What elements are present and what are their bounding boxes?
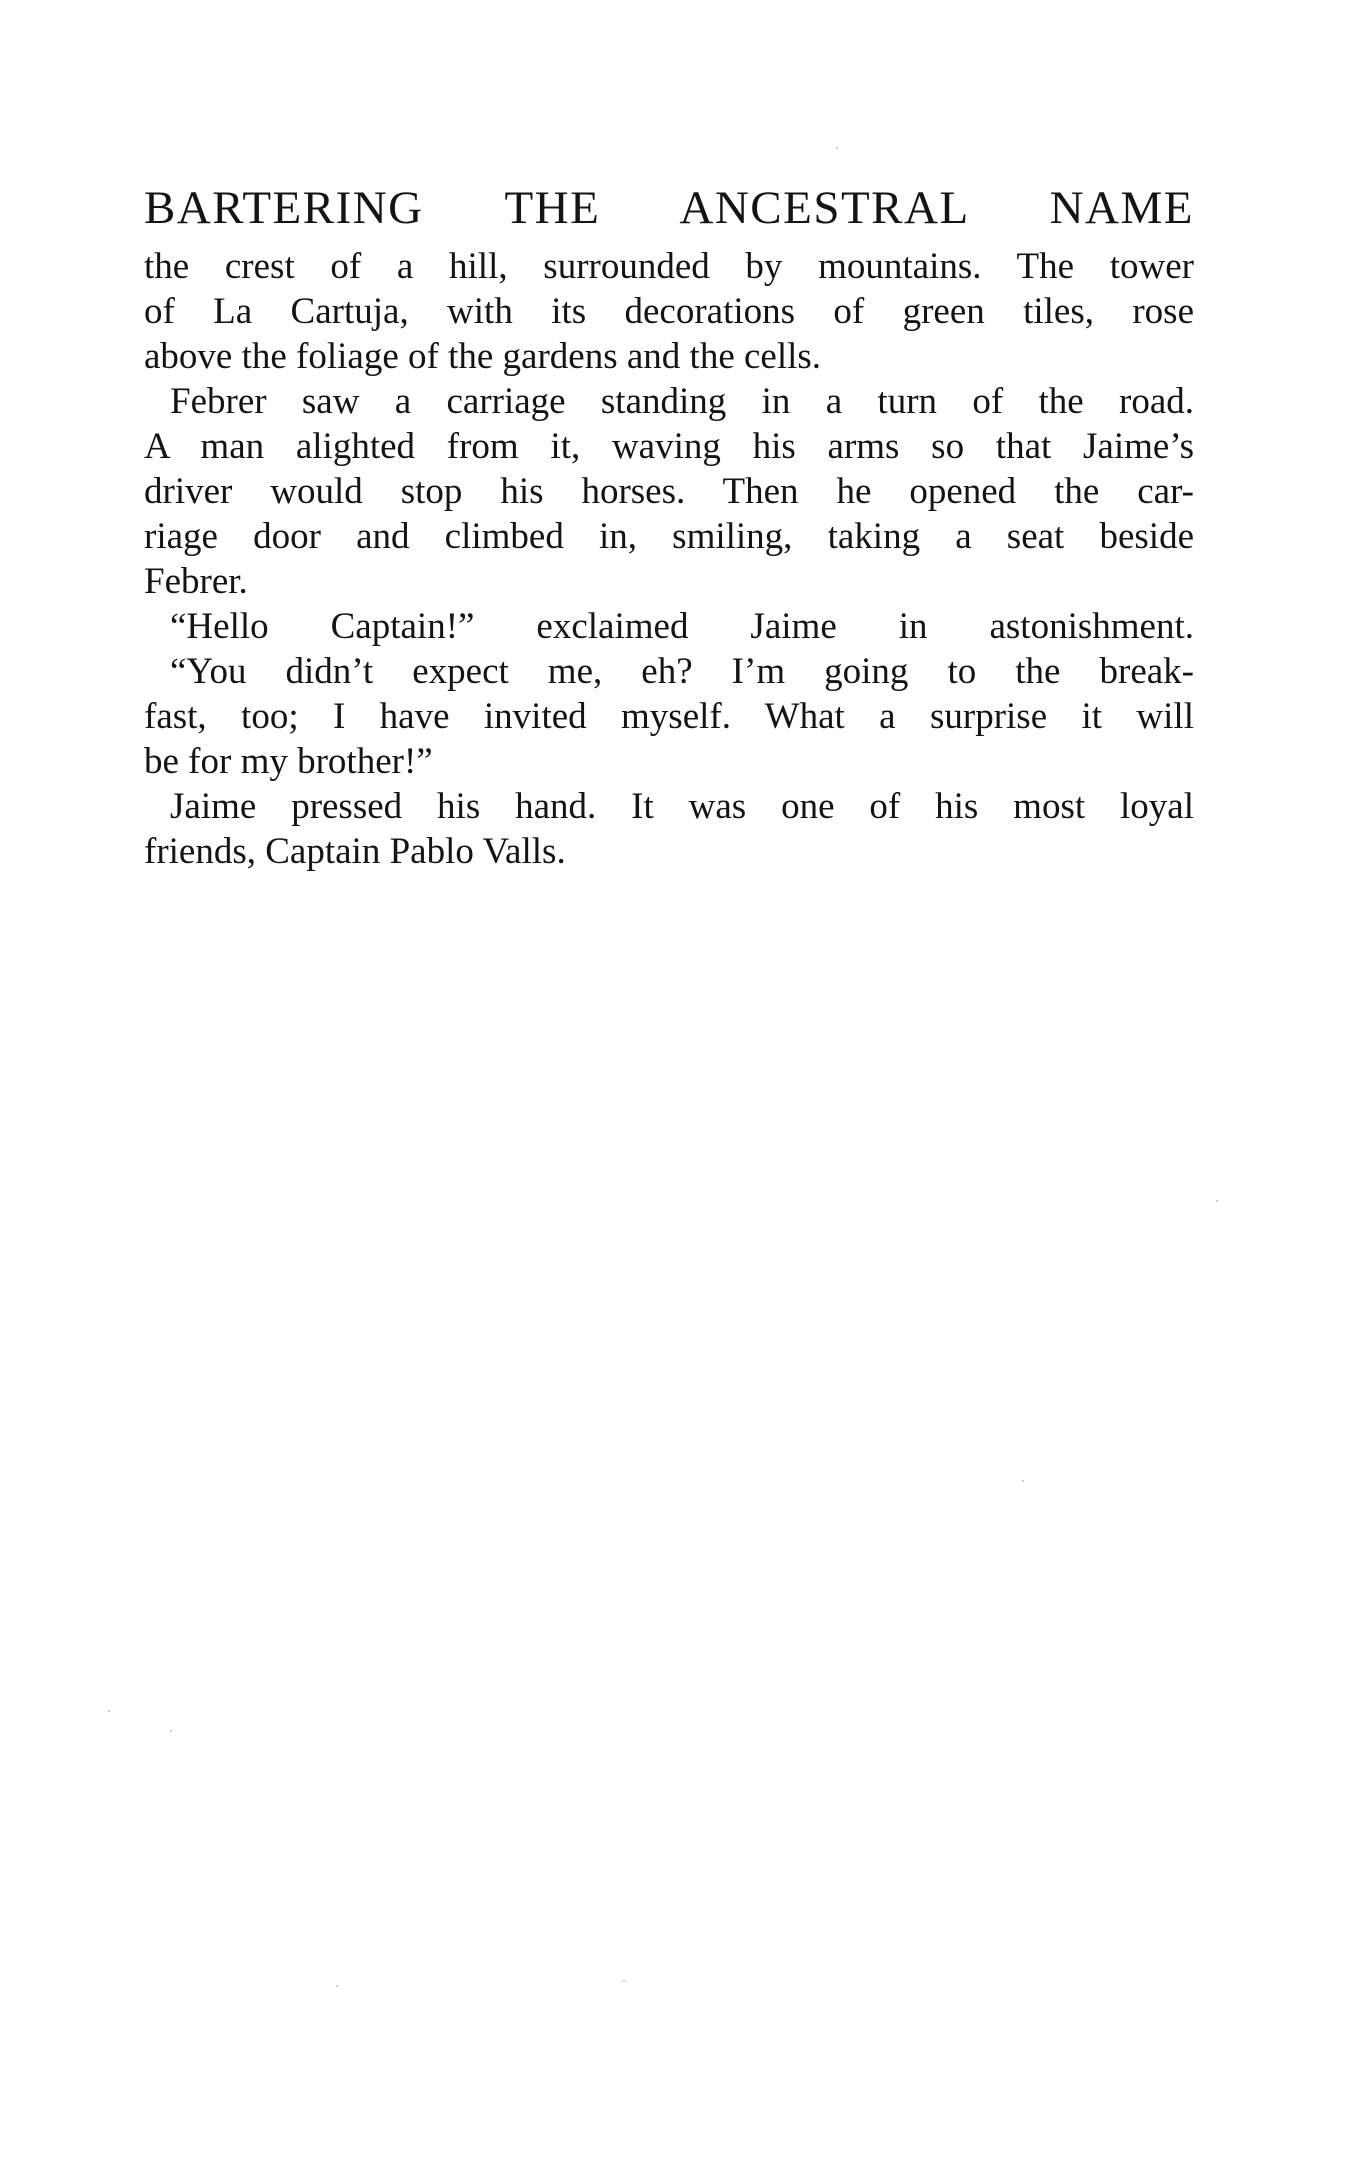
book-page: BARTERING THE ANCESTRAL NAME the crest o…	[144, 180, 1194, 874]
paragraph: “Hello Captain!” exclaimed Jaime in asto…	[144, 604, 1194, 649]
scan-speck	[170, 1730, 172, 1732]
scan-speck	[1216, 1200, 1218, 1202]
text-line: driver would stop his horses. Then he op…	[144, 469, 1194, 514]
text-line: A man alighted from it, waving his arms …	[144, 424, 1194, 469]
text-line: the crest of a hill, surrounded by mount…	[144, 244, 1194, 289]
paragraph: “You didn’t expect me, eh? I’m going to …	[144, 649, 1194, 784]
text-line: Jaime pressed his hand. It was one of hi…	[144, 784, 1194, 829]
text-line: “Hello Captain!” exclaimed Jaime in asto…	[144, 604, 1194, 649]
running-head: BARTERING THE ANCESTRAL NAME	[144, 180, 1194, 236]
text-line: “You didn’t expect me, eh? I’m going to …	[144, 649, 1194, 694]
paragraph: the crest of a hill, surrounded by mount…	[144, 244, 1194, 379]
text-line: above the foliage of the gardens and the…	[144, 334, 1194, 379]
text-line: be for my brother!”	[144, 739, 1194, 784]
scan-speck	[108, 1710, 110, 1712]
scan-speck	[836, 147, 838, 149]
text-line: of La Cartuja, with its decorations of g…	[144, 289, 1194, 334]
paragraph: Febrer saw a carriage standing in a turn…	[144, 379, 1194, 604]
text-line: fast, too; I have invited myself. What a…	[144, 694, 1194, 739]
text-line: Febrer.	[144, 559, 1194, 604]
scan-speck	[1022, 1480, 1024, 1482]
scan-speck	[623, 1980, 625, 1982]
paragraph: Jaime pressed his hand. It was one of hi…	[144, 784, 1194, 874]
text-line: riage door and climbed in, smiling, taki…	[144, 514, 1194, 559]
text-line: friends, Captain Pablo Valls.	[144, 829, 1194, 874]
scan-speck	[336, 1985, 338, 1987]
text-line: Febrer saw a carriage standing in a turn…	[144, 379, 1194, 424]
